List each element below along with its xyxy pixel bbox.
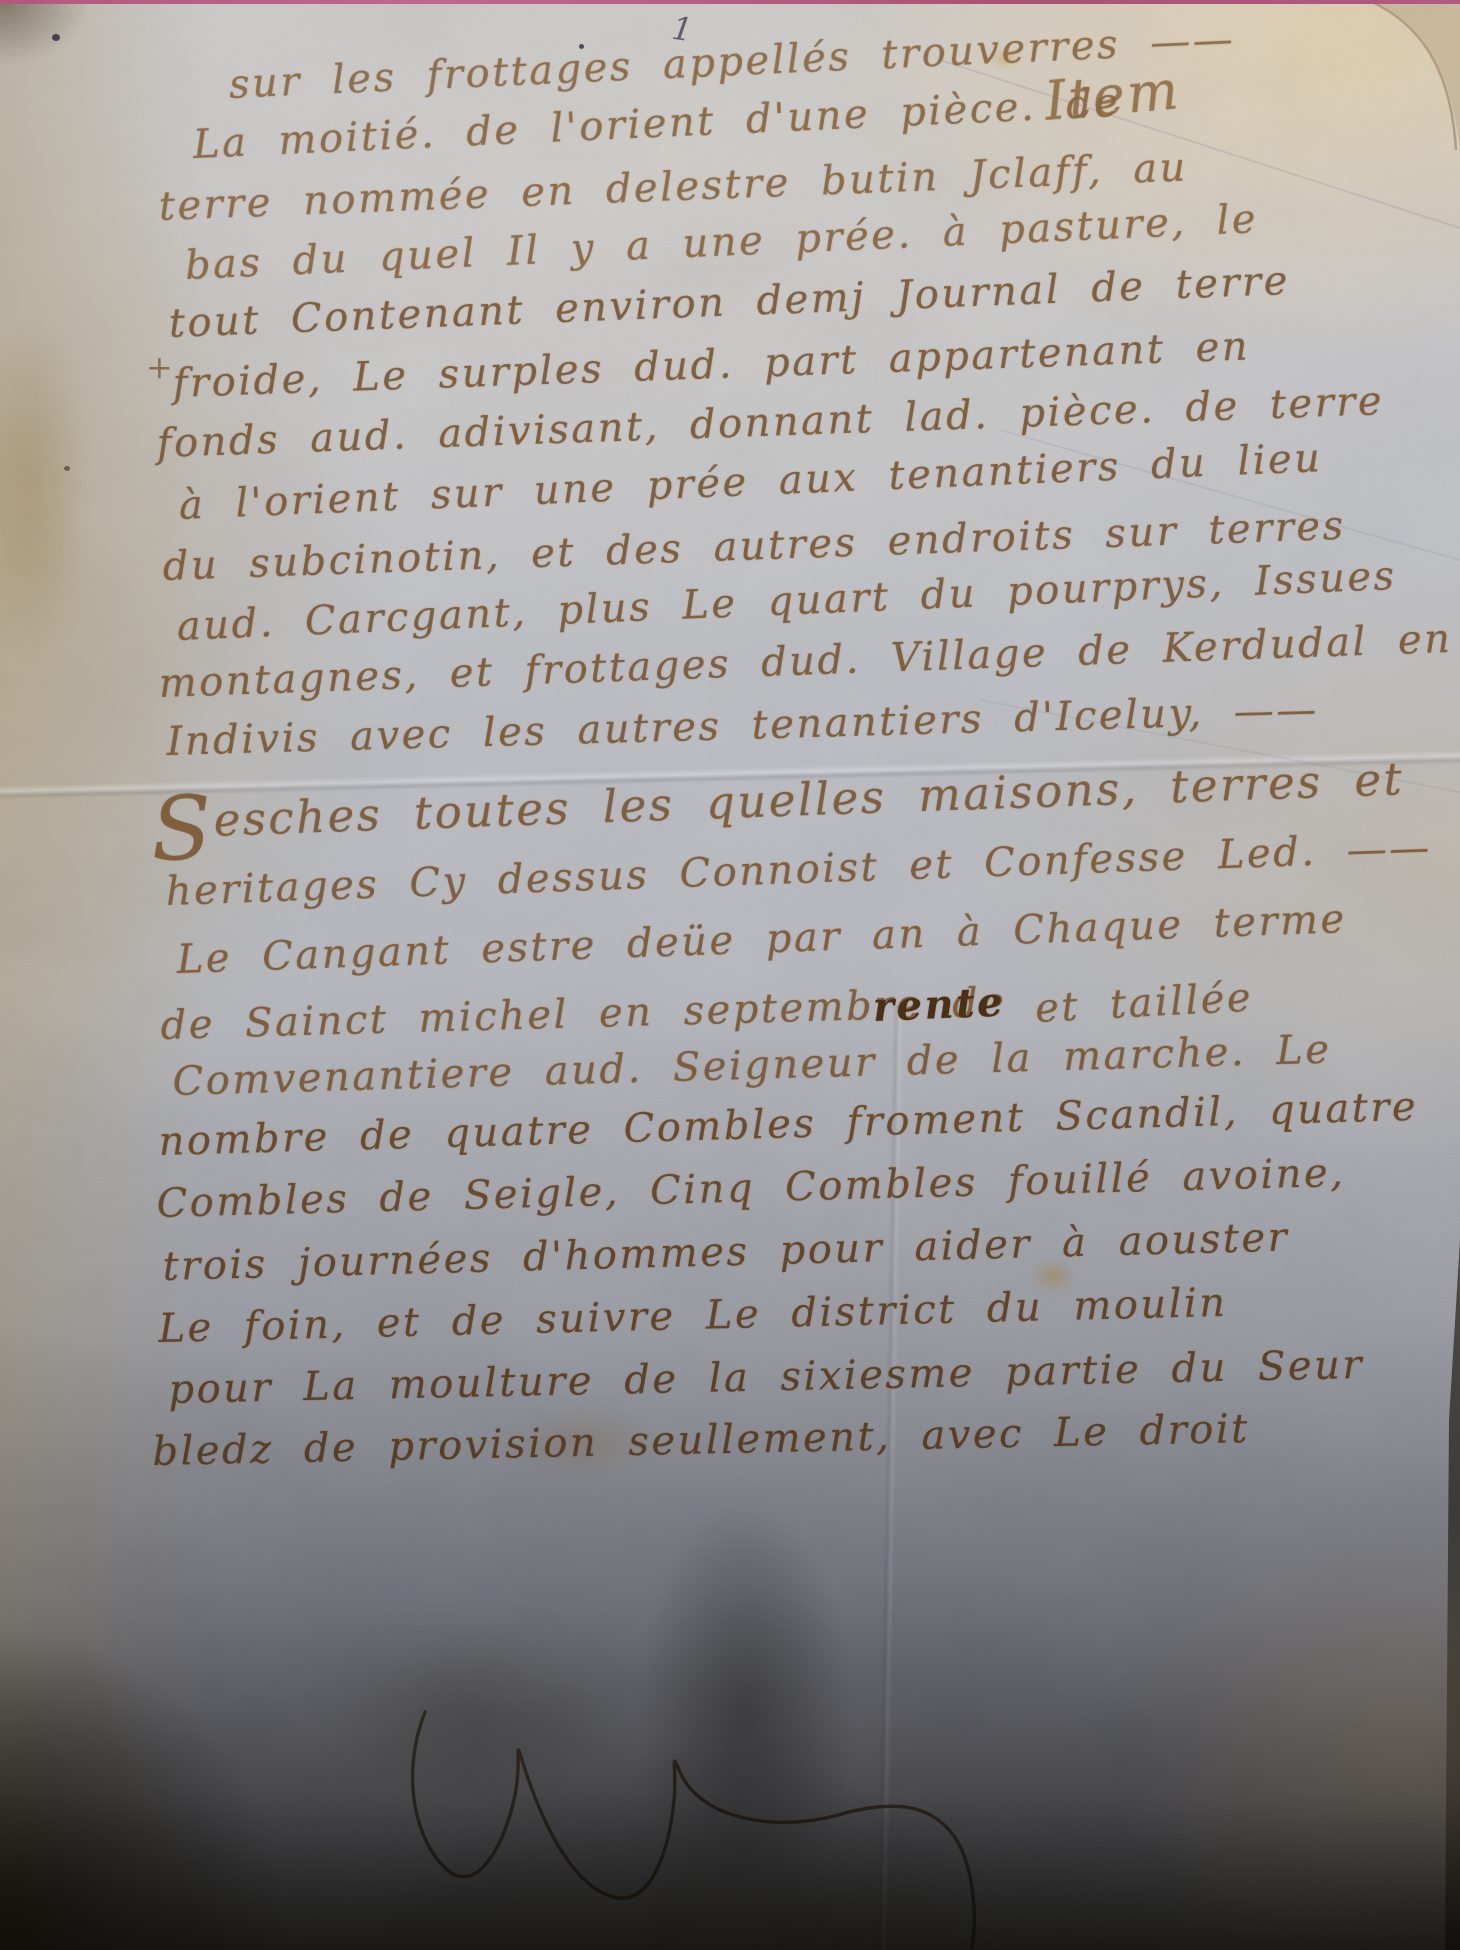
lighting-vignette: [0, 0, 1460, 1950]
manuscript-page: 1 + sur les frottages appellés trouverre…: [0, 0, 1460, 1950]
photo-top-edge: [0, 0, 1460, 4]
